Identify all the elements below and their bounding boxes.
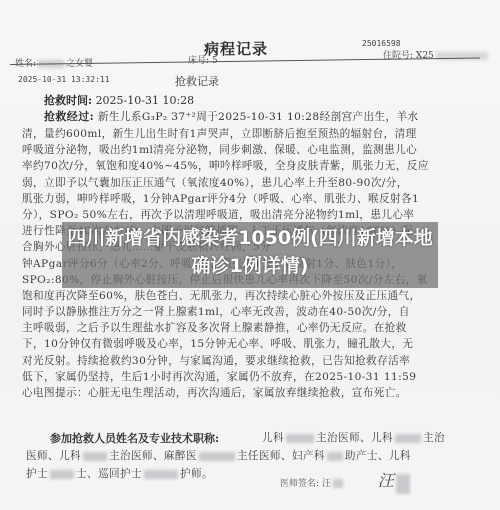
participants-line-2: 医师、儿科主治医师、麻醉医主任医师、妇产科助产士、儿科	[26, 448, 411, 463]
narrative-line: 同时予以静脉推注万分之一肾上腺素1ml，心率无改善，波动在40-50次/分，自	[22, 304, 477, 320]
narrative-line: 分），SPO₂ 50%左右，再次予以清理呼吸道，吸出清亮分泌物约1ml，患儿心率	[22, 207, 477, 223]
staff-text: 士、巡回护士	[76, 468, 142, 480]
bed-number: 床号: 5	[188, 53, 218, 66]
staff-text: 护师。	[180, 468, 213, 480]
participants-title: 参加抢救人员姓名及专业技术职称:	[50, 430, 219, 446]
narrative-line: 心电图提示：心脏无电生理活动，再次沟通后，家属放弃继续抢救，宣布死亡。	[22, 385, 477, 401]
doctor-signature: 医师签名: 汪 汪	[280, 468, 412, 494]
redacted-block	[333, 479, 343, 488]
redacted-block	[286, 434, 314, 443]
narrative-line: 下，10分钟仅有微弱呼吸及心率，15分钟无心率、呼吸、肌张力，瞳孔散大，无	[22, 336, 477, 352]
narrative-line: 呼吸道分泌物，吸出约1ml清亮分泌物，同步刺激、保暖、心电监测，监测患儿心	[22, 142, 477, 158]
redacted-block	[327, 452, 343, 461]
staff-text: 主任医师、妇产科	[237, 450, 325, 462]
staff-text: 护士	[26, 468, 48, 480]
participants-line-1: 儿科主治医师、儿科主治	[262, 430, 445, 445]
staff-text: 助产士、儿科	[345, 450, 411, 462]
headline-text: 四川新增省内感染者1050例(四川新增本地确诊1例详情)	[62, 224, 438, 280]
redacted-block	[395, 434, 421, 443]
narrative-line: 低下，家属仍坚持，生后1小时再次沟通，家属仍不放弃，在2025-10-31 11…	[22, 369, 477, 385]
redacted-block	[396, 474, 410, 494]
rescue-process-first: 新生儿系G₃P₂ 37⁺²周于2025-10-31 10:28经剖宫产出生，羊水	[98, 111, 419, 123]
rescue-time: 抢救时间: 2025-10-31 10:28	[44, 92, 194, 108]
record-timestamp: 2025-10-31 13:32:11	[18, 75, 110, 84]
narrative-line: 率约70次/分，氧饱和度40%~45%，呻吟样呼吸，全身皮肤青紫，肌张力无，反应	[22, 158, 477, 174]
rescue-process-label: 抢救经过:	[44, 110, 94, 123]
narrative-line: 饱和度再次降至60%，肤色苍白、无肌张力，再次持续心脏心外按压及正压通气，	[22, 288, 477, 304]
redacted-block	[199, 452, 235, 461]
rescue-time-label: 抢救时间:	[44, 94, 92, 107]
signature-label: 医师签名: 汪	[280, 479, 331, 489]
document-id: 25016598	[362, 39, 401, 48]
narrative-line: 肌张力弱，呻吟样呼吸，1分钟APgar评分4分（呼吸、心率、肌张力、喉反射各1	[22, 191, 477, 207]
handwritten-signature: 汪	[378, 471, 394, 490]
staff-text: 儿科	[262, 432, 284, 444]
redacted-block	[83, 452, 107, 461]
narrative-line: 弱，立即予以气囊加压正压通气（氧浓度40%），患儿心率上升至80-90次/分，	[22, 175, 477, 191]
rescue-time-value: 2025-10-31 10:28	[96, 94, 195, 107]
staff-text: 主治医师、儿科	[316, 432, 393, 444]
narrative-line: 对光反射。持续抢救约30分钟，与家属沟通，要求继续抢救，已告知抢救存活率	[22, 353, 477, 369]
participants-line-3: 护士士、巡回护士护师。	[26, 466, 213, 481]
narrative-line: 主呼吸弱，之后予以生理盐水扩容及多次肾上腺素静推，心率仍无反应。在抢救	[22, 320, 477, 336]
admission-value: X25	[416, 51, 434, 61]
staff-text: 医师、儿科	[26, 450, 81, 462]
redacted-block	[50, 470, 74, 479]
staff-text: 主治	[423, 432, 445, 444]
rescue-process: 抢救经过: 新生儿系G₃P₂ 37⁺²周于2025-10-31 10:28经剖宫…	[44, 108, 419, 124]
redacted-block	[144, 470, 178, 479]
narrative-line: 清，量约600ml，新生儿出生时有1声哭声，立即断脐后抱至预热的辐射台，清理	[22, 126, 477, 142]
staff-text: 主治医师、麻醉医	[109, 450, 197, 462]
section-title: 抢救记录	[175, 73, 219, 89]
